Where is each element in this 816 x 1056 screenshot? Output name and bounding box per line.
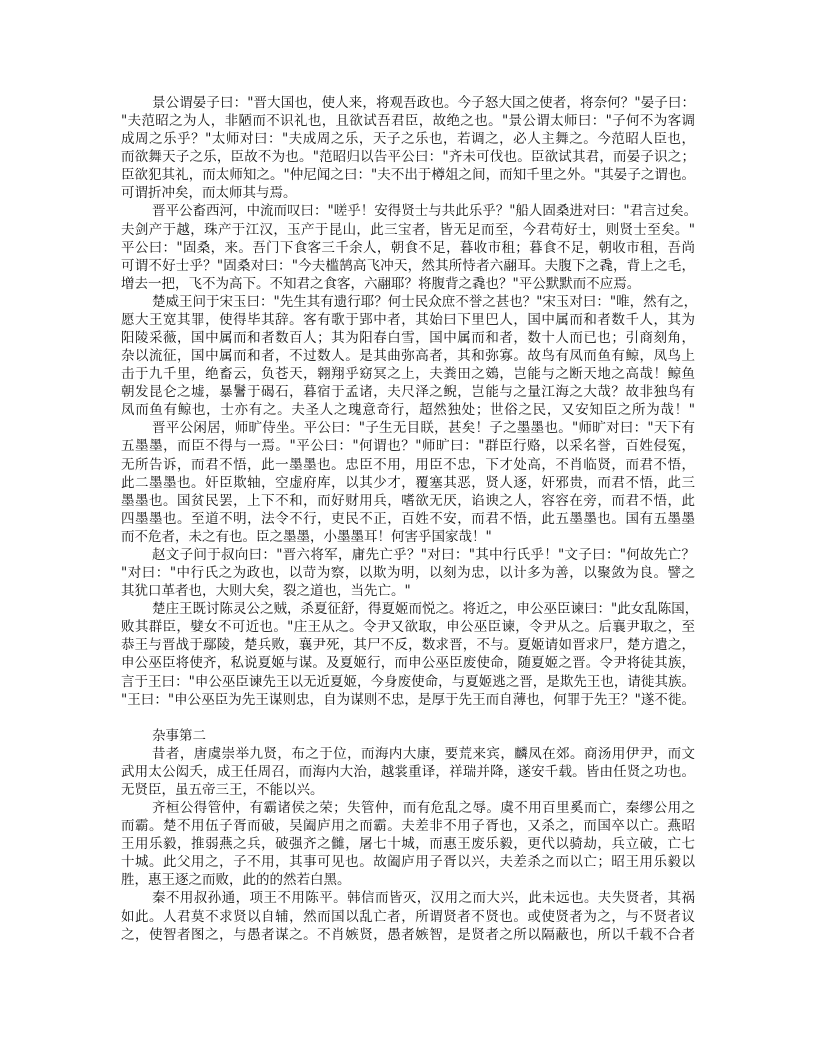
text-line: 秦不用叔孙通，项王不用陈平。韩信而皆灭，汉用之而大兴，此未远也。夫失贤者，其祸 xyxy=(121,889,695,907)
text-line: 臣欲犯其礼，而太师知之。"仲尼闻之曰："夫不出于樽俎之间，而知千里之外。"其晏子… xyxy=(121,166,695,184)
text-line: 景公谓晏子曰："晋大国也，使人来，将观吾政也。今子怒大国之使者，将奈何？"晏子曰… xyxy=(121,94,695,112)
text-line: 五墨墨，而臣不得与一焉。"平公曰："何谓也？"师旷曰："群臣行赂，以采名誉，百姓… xyxy=(121,437,695,455)
text-line: 而不危者，未之有也。臣之墨墨，小墨墨耳！何害乎国家哉！" xyxy=(121,528,695,546)
text-line: 赵文子问于叔向曰："晋六将军，庸先亡乎？"对曰："其中行氏乎！"文子曰："何故先… xyxy=(121,546,695,564)
paragraph: 楚威王问于宋玉曰："先生其有遗行耶？何士民众庶不誉之甚也？"宋玉对曰："唯，然有… xyxy=(121,293,695,420)
text-line: 如此。人君莫不求贤以自辅，然而国以乱亡者，所谓贤者不贤也。或使贤者为之，与不贤者… xyxy=(121,908,695,926)
text-line: 杂以流征，国中属而和者，不过数人。是其曲弥高者，其和弥寡。故鸟有凤而鱼有鲸，凤鸟… xyxy=(121,347,695,365)
text-line: 凤而鱼有鲸也，士亦有之。夫圣人之瑰意奇行，超然独处；世俗之民，又安知臣之所为哉！… xyxy=(121,401,695,419)
text-line: 而霸。楚不用伍子胥而破，吴阖庐用之而霸。夫差非不用子胥也，又杀之，而国卒以亡。燕… xyxy=(121,817,695,835)
text-line: 无贤臣，虽五帝三王，不能以兴。 xyxy=(121,781,695,799)
text-line: 此二墨墨也。奸臣欺轴，空虚府库，以其少才，覆塞其恶，贤人逐，奸邪贵，而君不悟，此… xyxy=(121,474,695,492)
section-heading: 杂事第二 xyxy=(121,727,695,745)
text-line: 楚威王问于宋玉曰："先生其有遗行耶？何士民众庶不誉之甚也？"宋玉对曰："唯，然有… xyxy=(121,293,695,311)
text-line: 申公巫臣将使齐，私说夏姬与谋。及夏姬行，而申公巫臣废使命，随夏姬之晋。令尹将徒其… xyxy=(121,654,695,672)
text-line: 楚庄王既讨陈灵公之贼，杀夏征舒，得夏姬而悦之。将近之，申公巫臣谏曰："此女乱陈国… xyxy=(121,600,695,618)
text-line: 可谓不好士乎？"固桑对曰："今夫槛鹄高飞冲天，然其所恃者六翮耳。夫腹下之毳，背上… xyxy=(121,257,695,275)
text-line: 夫剑产于越，珠产于江汉，玉产于昆山，此三宝者，皆无足而至，今君苟好士，则贤士至矣… xyxy=(121,221,695,239)
text-line: 昔者，唐虞崇举九贤，布之于位，而海内大康，要荒来宾，麟凤在郊。商汤用伊尹，而文 xyxy=(121,745,695,763)
text-line: 增去一把，飞不为高下。不知君之食客，六翮耶？将腹背之毳也？"平公默默而不应焉。 xyxy=(121,275,695,293)
paragraph: 秦不用叔孙通，项王不用陈平。韩信而皆灭，汉用之而大兴，此未远也。夫失贤者，其祸 … xyxy=(121,889,695,943)
text-line: "王曰："申公巫臣为先王谋则忠，自为谋则不忠，是厚于先王而自薄也，何罪于先王？"… xyxy=(121,691,695,709)
text-line: 败其群臣，嬖女不可近也。"庄王从之。令尹又欲取，申公巫臣谏，令尹从之。后襄尹取之… xyxy=(121,618,695,636)
text-line: 胜，惠王逐之而败，此的的然若白黑。 xyxy=(121,871,695,889)
paragraph: 齐桓公得管仲，有霸诸侯之荣；失管仲，而有危乱之辱。虞不用百里奚而亡，秦缪公用之 … xyxy=(121,799,695,889)
text-line: "对曰："中行氏之为政也，以苛为察，以欺为明，以刻为忠，以计多为善，以聚敛为良。… xyxy=(121,564,695,582)
text-line: 而欲舞天子之乐，臣故不为也。"范昭归以告平公曰："齐未可伐也。臣欲试其君，而晏子… xyxy=(121,148,695,166)
text-line: 其犹口革者也，大则大矣，裂之道也，当先亡。" xyxy=(121,582,695,600)
text-line: 墨墨也。国贫民罢，上下不和，而好财用兵，嗜欲无厌，谄谀之人，容容在旁，而君不悟，… xyxy=(121,492,695,510)
paragraph: 昔者，唐虞崇举九贤，布之于位，而海内大康，要荒来宾，麟凤在郊。商汤用伊尹，而文 … xyxy=(121,745,695,799)
text-line: 晋平公闲居，师旷侍坐。平公曰："子生无目眹，甚矣！子之墨墨也。"师旷对曰："天下… xyxy=(121,419,695,437)
section: 景公谓晏子曰："晋大国也，使人来，将观吾政也。今子怒大国之使者，将奈何？"晏子曰… xyxy=(121,94,695,709)
text-line: 击于九千里，绝畜云，负苍天，翱翔乎窈冥之上，夫粪田之鴳，岂能与之断天地之高哉！鲸… xyxy=(121,365,695,383)
text-line: 恭王与晋战于鄢陵，楚兵败，襄尹死，其尸不反，数求晋，不与。夏姬请如晋求尸，楚方遣… xyxy=(121,636,695,654)
text-line: 阳陵采薇，国中属而和者数百人；其为阳春白雪，国中属而和者，数十人而已也；引商刻角… xyxy=(121,329,695,347)
text-line: "夫范昭之为人，非陋而不识礼也，且欲试吾君臣，故绝之也。"景公谓太师曰："子何不… xyxy=(121,112,695,130)
paragraph: 晋平公闲居，师旷侍坐。平公曰："子生无目眹，甚矣！子之墨墨也。"师旷对曰："天下… xyxy=(121,419,695,546)
text-line: 无所告诉，而君不悟，此一墨墨也。忠臣不用，用臣不忠，下才处高，不肖临贤，而君不悟… xyxy=(121,456,695,474)
text-line: 言于王曰："申公巫臣谏先王以无近夏姬，今身废使命，与夏姬逃之晋，是欺先王也，请徙… xyxy=(121,673,695,691)
section-spacer xyxy=(121,709,695,727)
text-line: 齐桓公得管仲，有霸诸侯之荣；失管仲，而有危乱之辱。虞不用百里奚而亡，秦缪公用之 xyxy=(121,799,695,817)
text-line: 平公曰："固桑，来。吾门下食客三千余人，朝食不足，暮收市租；暮食不足，朝收市租，… xyxy=(121,239,695,257)
text-line: 之，使智者图之，与愚者谋之。不肖嫉贤，愚者嫉智，是贤者之所以隔蔽也，所以千载不合… xyxy=(121,926,695,944)
text-line: 武用太公闳夭，成王任周召，而海内大治，越裳重译，祥瑞并降，遂安千载。皆由任贤之功… xyxy=(121,763,695,781)
paragraph: 晋平公畜西河，中流而叹曰："嗟乎！安得贤士与共此乐乎？"船人固桑进对曰："君言过… xyxy=(121,202,695,292)
text-line: 朝发昆仑之墟，暴鬐于碣石，暮宿于孟诸，夫尺泽之鲵，岂能与之量江海之大哉？故非独鸟… xyxy=(121,383,695,401)
text-line: 愿大王宽其罪，使得毕其辞。客有歌于郢中者，其始曰下里巴人，国中属而和者数千人，其… xyxy=(121,311,695,329)
document-body: 景公谓晏子曰："晋大国也，使人来，将观吾政也。今子怒大国之使者，将奈何？"晏子曰… xyxy=(121,94,695,944)
text-line: 成周之乐乎？"太师对曰："夫成周之乐，天子之乐也，若调之，必人主舞之。今范昭人臣… xyxy=(121,130,695,148)
text-line: 十城。此父用之，子不用，其事可见也。故阖庐用子胥以兴，夫差杀之而以亡；昭王用乐毅… xyxy=(121,853,695,871)
text-line: 王用乐毅，推弱燕之兵，破强齐之雠，屠七十城，而惠王废乐毅，更代以骑劫，兵立破，亡… xyxy=(121,835,695,853)
paragraph: 楚庄王既讨陈灵公之贼，杀夏征舒，得夏姬而悦之。将近之，申公巫臣谏曰："此女乱陈国… xyxy=(121,600,695,708)
text-line: 晋平公畜西河，中流而叹曰："嗟乎！安得贤士与共此乐乎？"船人固桑进对曰："君言过… xyxy=(121,202,695,220)
document-page: 景公谓晏子曰："晋大国也，使人来，将观吾政也。今子怒大国之使者，将奈何？"晏子曰… xyxy=(0,0,816,1056)
paragraph: 赵文子问于叔向曰："晋六将军，庸先亡乎？"对曰："其中行氏乎！"文子曰："何故先… xyxy=(121,546,695,600)
text-line: 可谓折冲矣，而太师其与焉。 xyxy=(121,184,695,202)
section: 杂事第二 昔者，唐虞崇举九贤，布之于位，而海内大康，要荒来宾，麟凤在郊。商汤用伊… xyxy=(121,727,695,944)
paragraph: 景公谓晏子曰："晋大国也，使人来，将观吾政也。今子怒大国之使者，将奈何？"晏子曰… xyxy=(121,94,695,202)
text-line: 四墨墨也。至道不明，法令不行，吏民不正，百姓不安，而君不悟，此五墨墨也。国有五墨… xyxy=(121,510,695,528)
